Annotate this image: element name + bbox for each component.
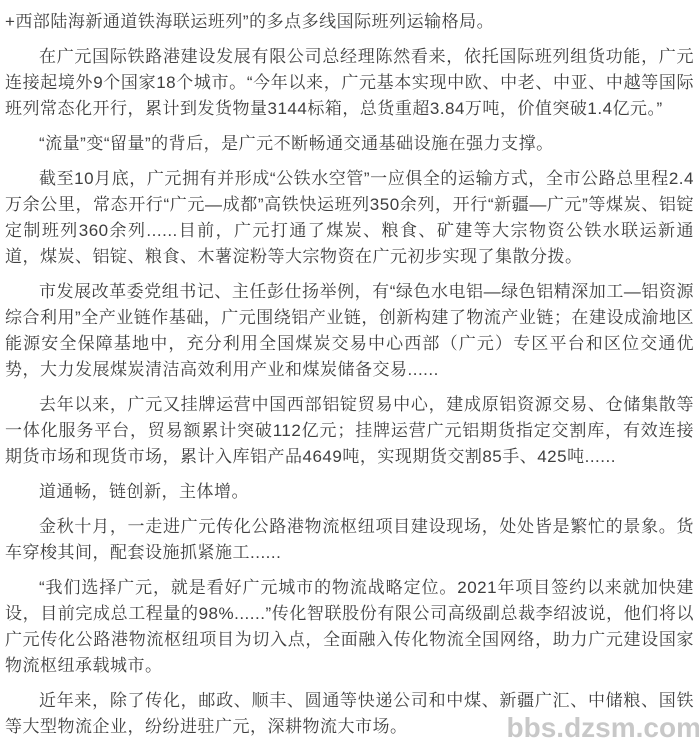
article-paragraph: “我们选择广元，就是看好广元城市的物流战略定位。2021年项目签约以来就加快建设…: [5, 575, 694, 679]
article-paragraph: “流量”变“留量”的背后，是广元不断畅通交通基础设施在强力支撑。: [5, 131, 694, 157]
site-watermark: bbs.dzsm.com: [507, 712, 699, 744]
article-body: +西部陆海新通道铁海联运班列”的多点多线国际班列运输格局。在广元国际铁路港建设发…: [0, 0, 699, 740]
article-paragraph: 截至10月底，广元拥有并形成“公铁水空管”一应俱全的运输方式，全市公路总里程2.…: [5, 166, 694, 270]
article-paragraph: 市发展改革委党组书记、主任彭仕扬举例，有“绿色水电铝—绿色铝精深加工—铝资源综合…: [5, 279, 694, 383]
article-paragraph: 去年以来，广元又挂牌运营中国西部铝锭贸易中心，建成原铝资源交易、仓储集散等一体化…: [5, 392, 694, 470]
article-paragraph: +西部陆海新通道铁海联运班列”的多点多线国际班列运输格局。: [5, 9, 694, 35]
article-paragraph: 在广元国际铁路港建设发展有限公司总经理陈然看来，依托国际班列组货功能，广元连接起…: [5, 44, 694, 122]
article-paragraph: 金秋十月，一走进广元传化公路港物流枢纽项目建设现场，处处皆是繁忙的景象。货车穿梭…: [5, 514, 694, 566]
article-page: +西部陆海新通道铁海联运班列”的多点多线国际班列运输格局。在广元国际铁路港建设发…: [0, 0, 699, 745]
article-paragraph: 道通畅，链创新，主体增。: [5, 479, 694, 505]
